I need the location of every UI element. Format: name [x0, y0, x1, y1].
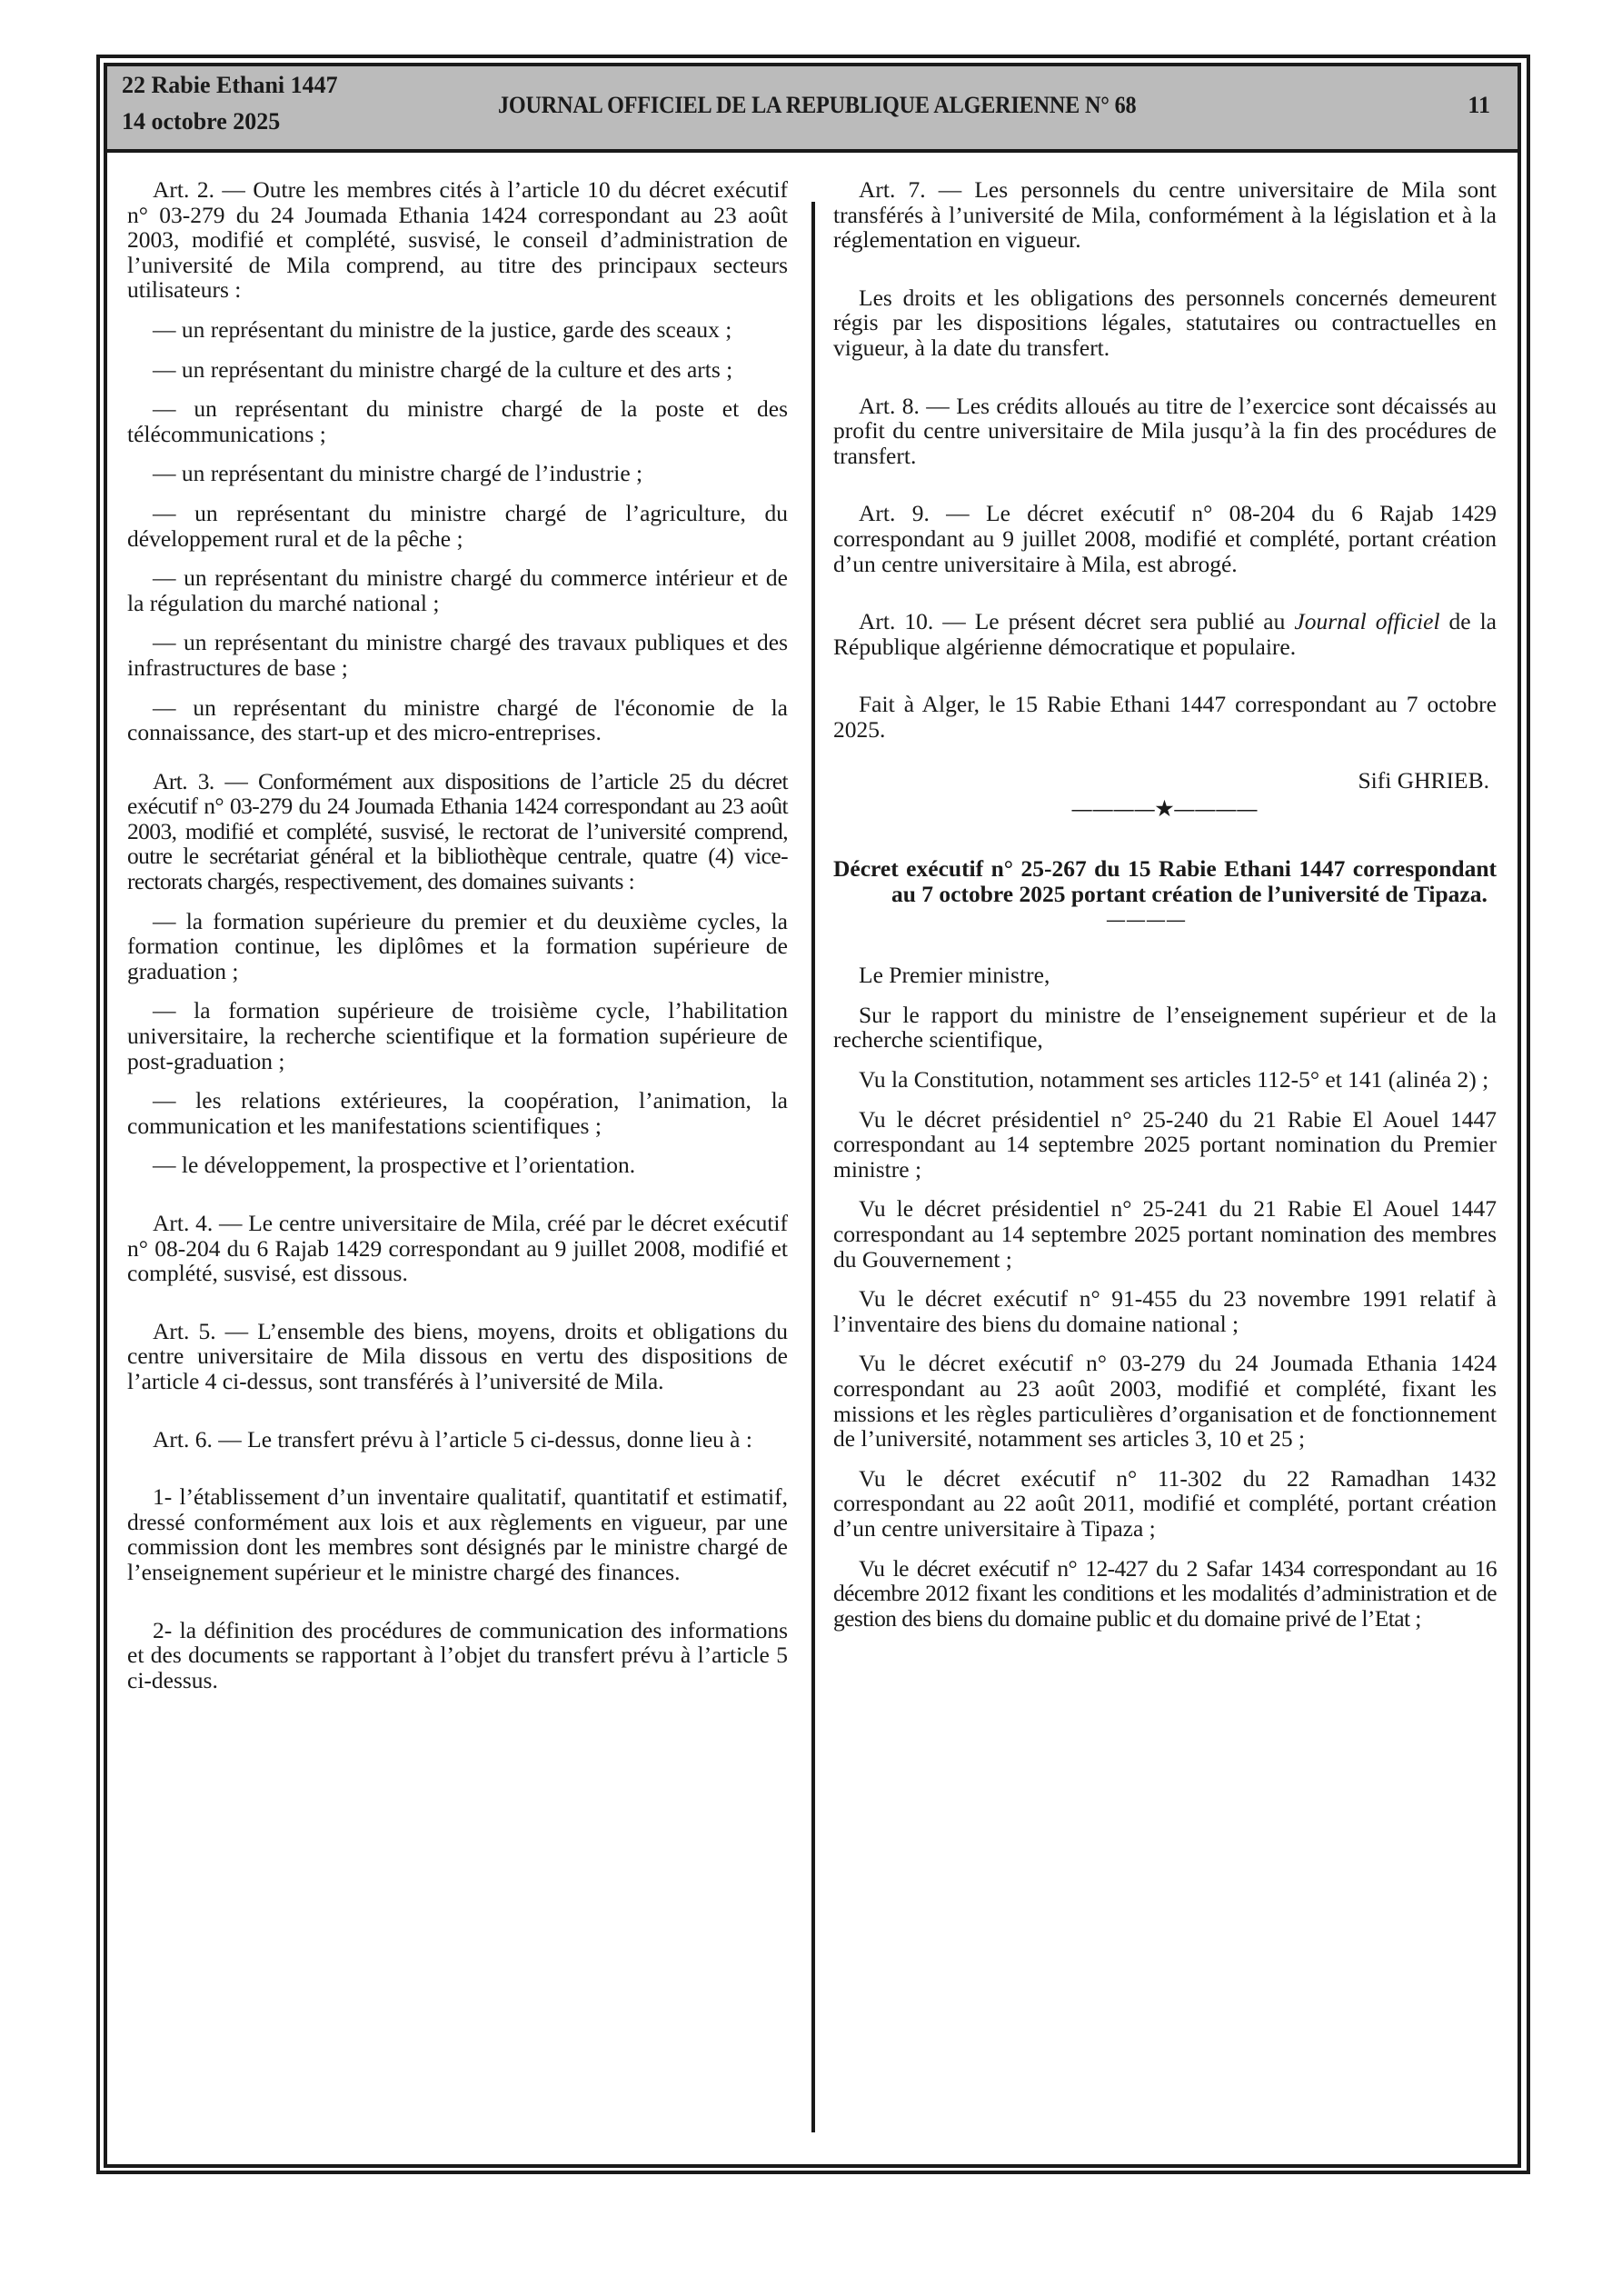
fait-a-alger: Fait à Alger, le 15 Rabie Ethani 1447 co… — [833, 692, 1497, 742]
right-column: Art. 7. — Les personnels du centre unive… — [833, 177, 1497, 1631]
art3-intro: Art. 3. — Conformément aux dispositions … — [127, 769, 788, 894]
art2-intro: Art. 2. — Outre les membres cités à l’ar… — [127, 177, 788, 303]
decret-title: Décret exécutif n° 25-267 du 15 Rabie Et… — [833, 856, 1497, 906]
art3-item: — les relations extérieures, la coopérat… — [127, 1088, 788, 1138]
art2-item: — un représentant du ministre chargé des… — [127, 630, 788, 680]
premier-ministre: Le Premier ministre, — [833, 963, 1497, 988]
art4: Art. 4. — Le centre universitaire de Mil… — [127, 1211, 788, 1286]
visa: Vu le décret exécutif n° 03-279 du 24 Jo… — [833, 1351, 1497, 1451]
left-column: Art. 2. — Outre les membres cités à l’ar… — [127, 177, 788, 1692]
art2-item: — un représentant du ministre de la just… — [127, 317, 788, 343]
journal-officiel-italic: Journal officiel — [1294, 608, 1439, 634]
visa: Vu le décret présidentiel n° 25-241 du 2… — [833, 1196, 1497, 1272]
art2-item: — un représentant du ministre chargé de … — [127, 695, 788, 745]
dash-separator: ———— — [833, 908, 1497, 930]
art2-item: — un représentant du ministre chargé de … — [127, 461, 788, 486]
art2-item: — un représentant du ministre chargé de … — [127, 501, 788, 551]
art2-item: — un représentant du ministre chargé de … — [127, 357, 788, 383]
header-hijri-date: 22 Rabie Ethani 1447 — [122, 72, 338, 99]
art10-text: Art. 10. — Le présent décret sera publié… — [859, 608, 1294, 634]
art8: Art. 8. — Les crédits alloués au titre d… — [833, 394, 1497, 469]
art6-item-2: 2- la définition des procédures de commu… — [127, 1618, 788, 1693]
visa: Vu le décret exécutif n° 91-455 du 23 no… — [833, 1286, 1497, 1336]
art5: Art. 5. — L’ensemble des biens, moyens, … — [127, 1319, 788, 1394]
visa: Vu la Constitution, notamment ses articl… — [833, 1067, 1497, 1093]
art3-item: — la formation supérieure du premier et … — [127, 909, 788, 984]
art3-item: — la formation supérieure de troisième c… — [127, 998, 788, 1073]
art2-item: — un représentant du ministre chargé du … — [127, 565, 788, 615]
signature: Sifi GHRIEB. — [833, 768, 1497, 794]
art2-item: — un représentant du ministre chargé de … — [127, 396, 788, 446]
art9: Art. 9. — Le décret exécutif n° 08-204 d… — [833, 501, 1497, 576]
art6-item-1: 1- l’établissement d’un inventaire quali… — [127, 1484, 788, 1584]
art6-intro: Art. 6. — Le transfert prévu à l’article… — [127, 1427, 788, 1452]
star-separator: ————★———— — [833, 796, 1497, 824]
sur-rapport: Sur le rapport du ministre de l’enseigne… — [833, 1003, 1497, 1053]
header-page-number: 11 — [1468, 92, 1490, 119]
column-divider — [811, 202, 815, 2132]
visa: Vu le décret exécutif n° 12-427 du 2 Saf… — [833, 1556, 1497, 1632]
art10: Art. 10. — Le présent décret sera publié… — [833, 609, 1497, 659]
art3-item: — le développement, la prospective et l’… — [127, 1153, 788, 1178]
visa: Vu le décret présidentiel n° 25-240 du 2… — [833, 1107, 1497, 1183]
art7-paragraph-2: Les droits et les obligations des person… — [833, 285, 1497, 361]
art7: Art. 7. — Les personnels du centre unive… — [833, 177, 1497, 253]
header-gregorian-date: 14 octobre 2025 — [122, 108, 280, 135]
header-journal-title: JOURNAL OFFICIEL DE LA REPUBLIQUE ALGERI… — [498, 92, 1136, 119]
journal-header: 22 Rabie Ethani 1447 14 octobre 2025 JOU… — [107, 66, 1518, 153]
visa: Vu le décret exécutif n° 11-302 du 22 Ra… — [833, 1466, 1497, 1542]
